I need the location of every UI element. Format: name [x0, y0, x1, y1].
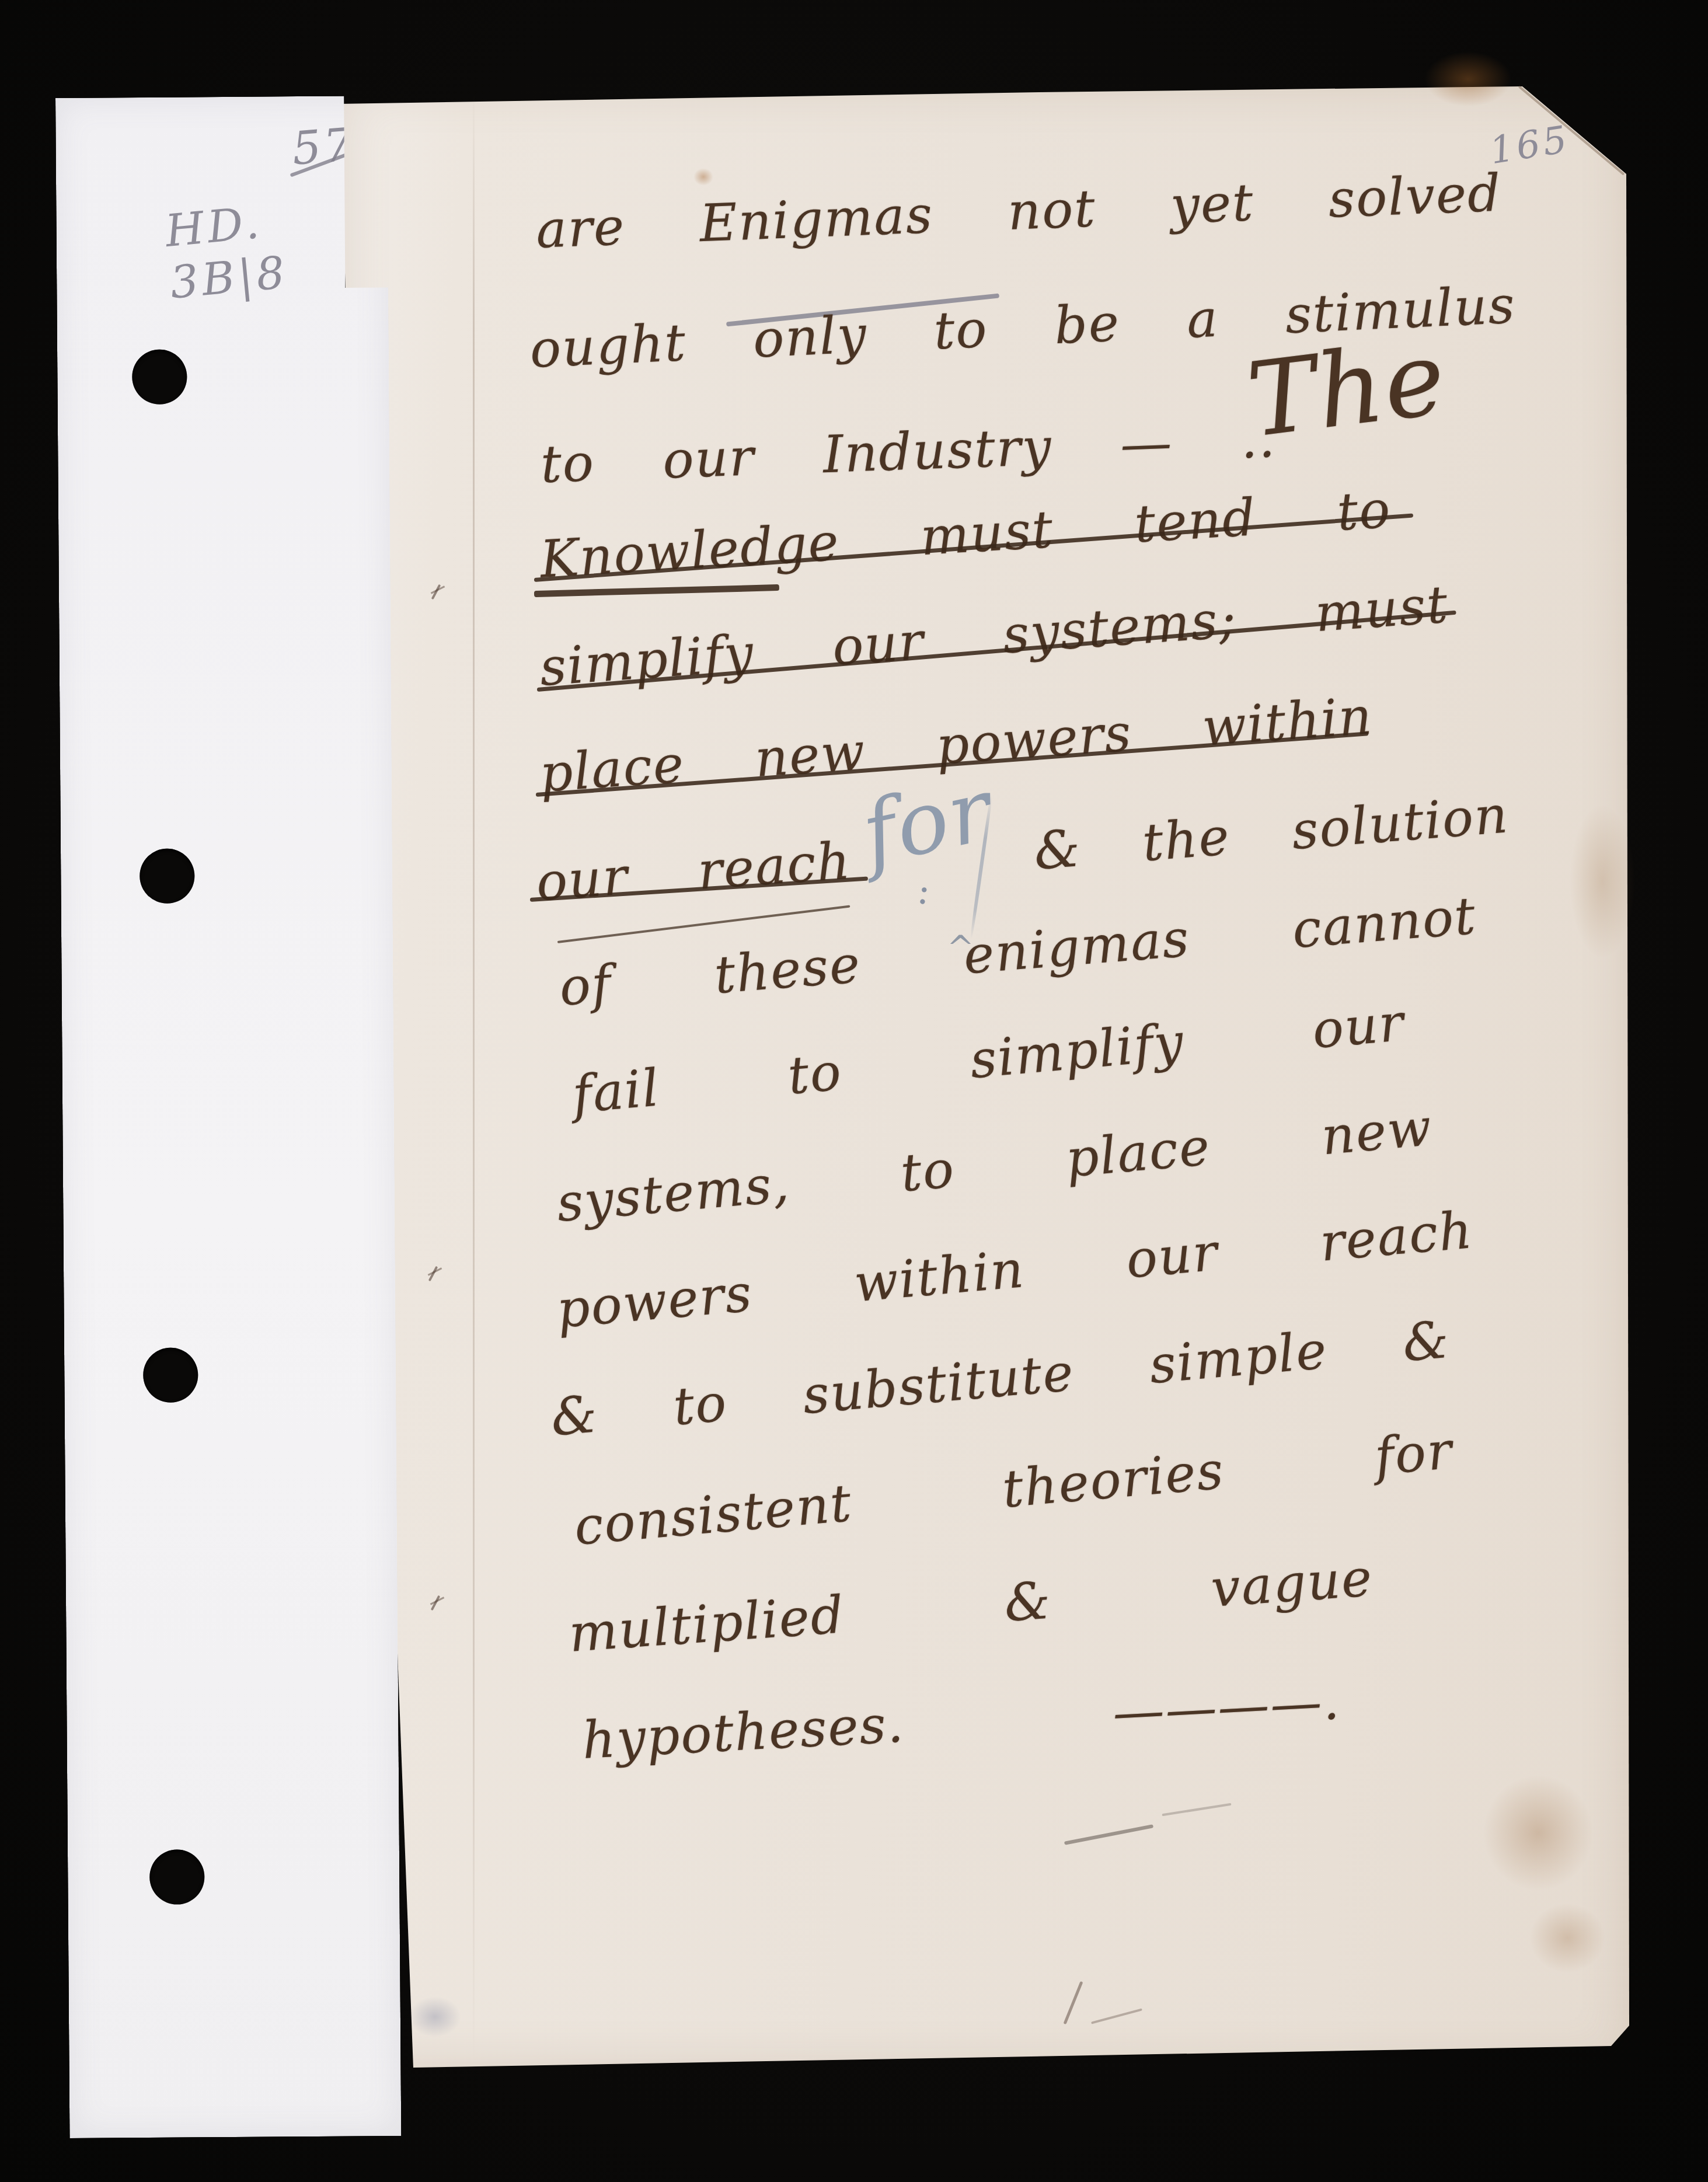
punch-hole	[149, 1849, 205, 1905]
page-crease	[473, 90, 475, 2061]
guard-strip: 57 HD. 3B|8	[55, 96, 401, 2138]
punch-hole	[140, 848, 195, 904]
punch-hole	[143, 1347, 198, 1403]
punch-hole	[132, 349, 187, 405]
archival-photograph: 57 HD. 3B|8 165 are Enigmas not yet solv…	[0, 0, 1708, 2182]
manuscript-flourish-word: The	[1243, 327, 1452, 452]
